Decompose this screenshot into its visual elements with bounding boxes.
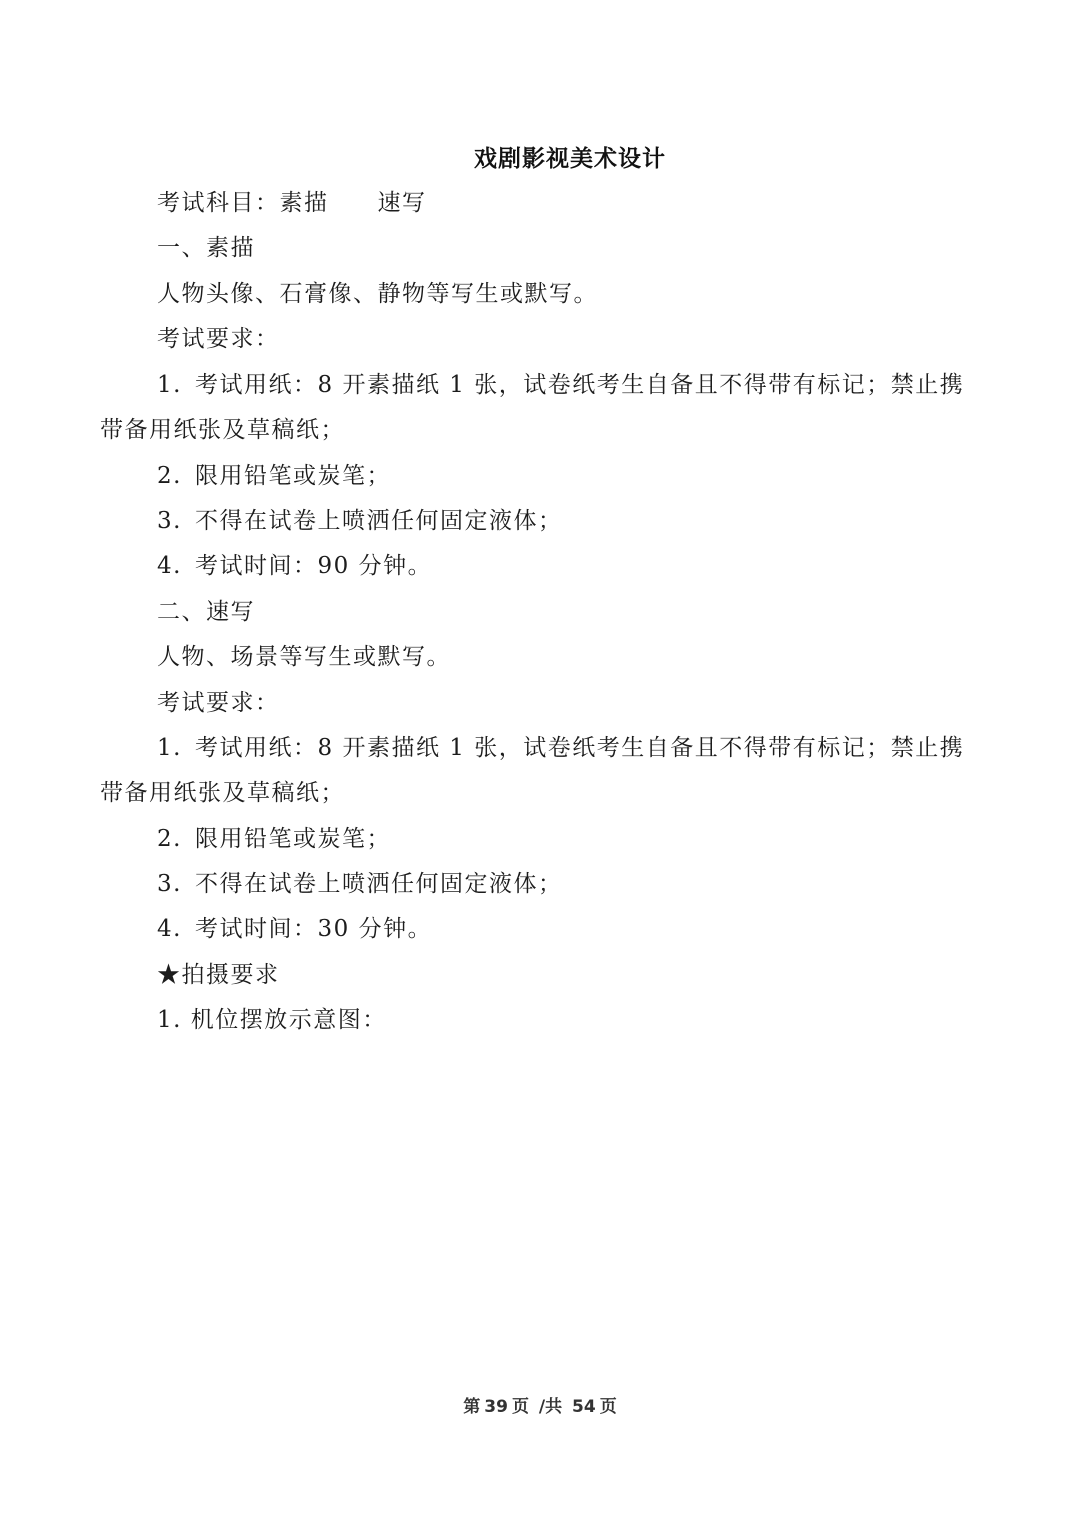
item-number: 2. xyxy=(157,824,195,854)
page-footer: 第39页 /共 54页 xyxy=(0,1392,1080,1417)
footer-page-word: 页 xyxy=(512,1397,529,1417)
camera-position-item: 1. 机位摆放示意图： xyxy=(157,1005,387,1035)
item-text: 考试用纸：8 开素描纸 1 张，试卷纸考生自备且不得带有标记；禁止携 xyxy=(195,372,964,398)
footer-prefix: 第 xyxy=(463,1397,480,1417)
section1-item-3: 3.不得在试卷上喷洒任何固定液体； xyxy=(157,506,563,536)
item-text: 考试时间：30 分钟。 xyxy=(195,916,432,942)
photo-requirements-heading: ★拍摄要求 xyxy=(157,960,280,990)
section1-heading: 一、素描 xyxy=(157,233,255,263)
item-number: 4. xyxy=(157,914,195,944)
section1-item-4: 4.考试时间：90 分钟。 xyxy=(157,551,432,581)
section2-item-4: 4.考试时间：30 分钟。 xyxy=(157,914,432,944)
current-page-number: 39 xyxy=(484,1397,508,1417)
document-page: 戏剧影视美术设计 考试科目：素描 速写 一、素描 人物头像、石膏像、静物等写生或… xyxy=(0,0,1080,1527)
footer-suffix: 页 xyxy=(600,1397,617,1417)
section1-requirements-label: 考试要求： xyxy=(157,324,280,354)
section2-requirements-label: 考试要求： xyxy=(157,688,280,718)
item-number: 1. xyxy=(157,370,195,400)
page-title: 戏剧影视美术设计 xyxy=(0,140,1080,173)
section1-item-1-continuation: 带备用纸张及草稿纸； xyxy=(100,415,345,445)
item-text: 不得在试卷上喷洒任何固定液体； xyxy=(195,871,563,897)
item-number: 2. xyxy=(157,461,195,491)
section2-item-2: 2.限用铅笔或炭笔； xyxy=(157,824,391,854)
item-text: 考试用纸：8 开素描纸 1 张，试卷纸考生自备且不得带有标记；禁止携 xyxy=(195,735,964,761)
item-text: 考试时间：90 分钟。 xyxy=(195,553,432,579)
item-text: 限用铅笔或炭笔； xyxy=(195,826,391,852)
exam-subjects: 考试科目：素描 速写 xyxy=(157,188,427,218)
item-number: 1. xyxy=(157,733,195,763)
section1-item-1: 1.考试用纸：8 开素描纸 1 张，试卷纸考生自备且不得带有标记；禁止携 xyxy=(157,370,964,400)
item-number: 3. xyxy=(157,506,195,536)
section2-item-3: 3.不得在试卷上喷洒任何固定液体； xyxy=(157,869,563,899)
total-pages-number: 54 xyxy=(572,1397,596,1417)
section2-heading: 二、速写 xyxy=(157,597,255,627)
section2-item-1-continuation: 带备用纸张及草稿纸； xyxy=(100,778,345,808)
item-text: 限用铅笔或炭笔； xyxy=(195,463,391,489)
section2-item-1: 1.考试用纸：8 开素描纸 1 张，试卷纸考生自备且不得带有标记；禁止携 xyxy=(157,733,964,763)
footer-separator: /共 xyxy=(539,1397,562,1417)
item-text: 不得在试卷上喷洒任何固定液体； xyxy=(195,508,563,534)
item-number: 3. xyxy=(157,869,195,899)
section2-content: 人物、场景等写生或默写。 xyxy=(157,642,451,672)
section1-item-2: 2.限用铅笔或炭笔； xyxy=(157,461,391,491)
section1-content: 人物头像、石膏像、静物等写生或默写。 xyxy=(157,279,598,309)
item-number: 4. xyxy=(157,551,195,581)
